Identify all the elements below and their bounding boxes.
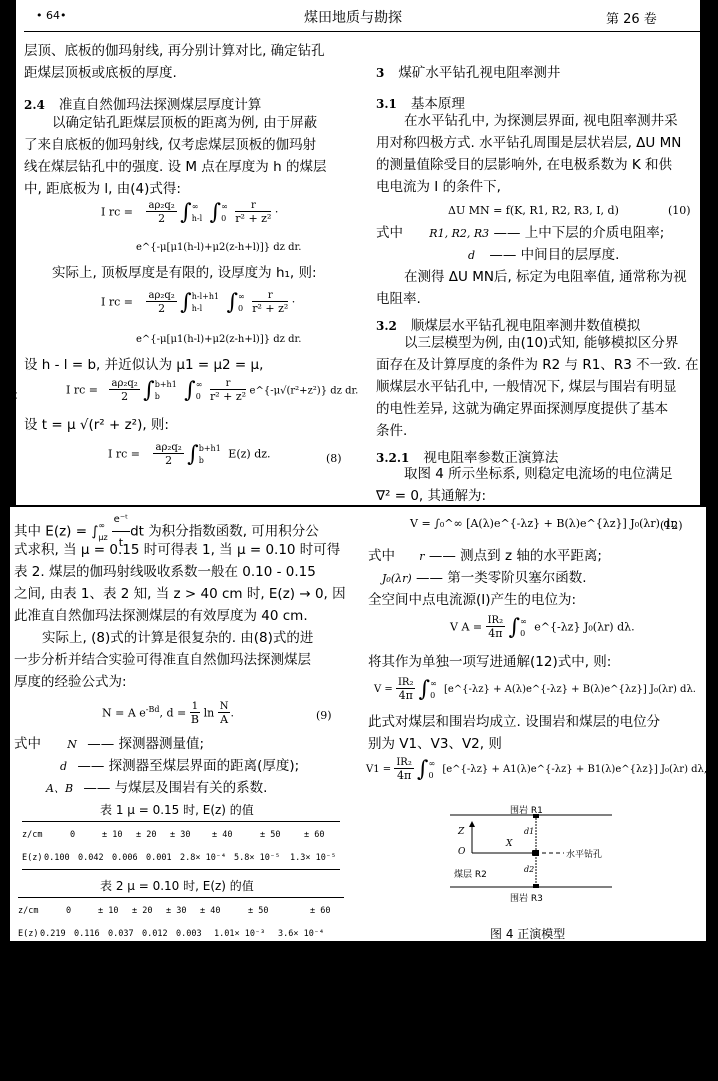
table-2-top-rule	[18, 897, 344, 898]
equation-number-12: (12)	[660, 519, 683, 532]
eq-den: 2	[146, 212, 176, 225]
definition-J0: J₀(λr) —— 第一类零阶贝塞尔函数.	[382, 567, 587, 590]
eq-num: IR₂	[486, 615, 506, 627]
table-cell: 0.012	[142, 929, 168, 939]
text-line: 在测得 ΔU MN后, 标定为电阻率值, 通常称为视	[376, 266, 687, 288]
page-bottom-panel: 其中 E(z) = ∫∞μze⁻ᵗtdt 为积分指数函数, 可用积分公 式求积,…	[10, 507, 706, 941]
text-line: 别为 V1、V3、V2, 则	[368, 733, 660, 755]
figure-label-bottom-rock: 围岩 R3	[510, 891, 543, 904]
eq-num: aρ₂q₂	[146, 200, 176, 212]
left-para-2: 以确定钻孔距煤层顶板的距离为例, 由于屏蔽 了来自底板的伽玛射线, 仅考虑煤层顶…	[24, 112, 326, 200]
eq-body: [e^{-λz} + A(λ)e^{-λz} + B(λ)e^{λz}] J₀(…	[444, 684, 696, 695]
table-header-cell: ± 10	[98, 906, 118, 916]
eq-num: aρ₂q₂	[109, 378, 139, 390]
definition-AB: A、B —— 与煤层及围岩有关的系数.	[46, 777, 267, 800]
text-line: 在水平钻孔中, 为探测层界面, 视电阻率测井采	[376, 110, 681, 132]
eq-num: IR₂	[394, 757, 414, 769]
text: 其中 E(z) = ∫	[14, 524, 98, 540]
table-1-top-rule	[22, 821, 340, 822]
equation-a: I rc = aρ₂q₂2 ∫∞h-l ∫∞0 rr² + z² ·	[101, 200, 278, 225]
table-1: z/cm 0 ± 10 ± 20 ± 30 ± 40 ± 50 ± 60 E(z…	[22, 827, 342, 867]
left-para-1: 层顶、底板的伽玛射线, 再分别计算对比, 确定钻孔 距煤层顶板或底板的厚度.	[24, 40, 325, 84]
figure-label-coal: 煤层 R2	[454, 867, 487, 880]
eq-num: IR₂	[396, 677, 416, 689]
left-para-4: 设 h - l = b, 并近似认为 μ1 = μ2 = μ,	[24, 354, 263, 376]
table-cell: 0.219	[40, 929, 66, 939]
lower-limit: b	[155, 391, 177, 403]
eq-den: 4π	[396, 689, 416, 702]
def-symbol: N	[67, 738, 77, 751]
eq-den: 4π	[486, 627, 506, 640]
equation-b: I rc = aρ₂q₂2 ∫h-l+h1h-l ∫∞0 rr² + z² ·	[101, 290, 295, 315]
eq-num: N	[218, 701, 231, 713]
eq-den: r² + z²	[235, 212, 271, 225]
table-header-cell: ± 40	[212, 830, 232, 840]
section-number: 3.2	[376, 319, 397, 333]
text-line: 线在煤层钻孔中的强度. 设 M 点在厚度为 h 的煤层	[24, 156, 326, 178]
text-line: 一步分析并结合实验可得准直自然伽玛法探测煤层	[14, 649, 313, 671]
right-bottom-para-3: 此式对煤层和围岩均成立. 设围岩和煤层的电位分 别为 V1、V3、V2, 则	[368, 711, 660, 755]
eq-body: e^{-λz} J₀(λr) dλ.	[534, 621, 634, 634]
lower-limit: 0	[221, 213, 228, 225]
eq-num: r	[235, 200, 271, 212]
figure-origin: O	[458, 847, 465, 857]
where-label: 式中	[14, 736, 41, 752]
figure-label-borehole: 水平钻孔	[566, 847, 602, 860]
figure-d1: d1	[524, 827, 534, 836]
text-line: 顺煤层水平钻孔中, 一般情况下, 煤层与围岩有明显	[376, 376, 699, 398]
def-symbol: d	[468, 249, 475, 262]
where-label: 式中	[368, 548, 395, 564]
eq-lhs: V =	[374, 684, 393, 695]
table-cell: E(z)	[22, 853, 42, 863]
where-label: 式中	[376, 225, 403, 241]
right-para-3: 以三层模型为例, 由(10)式知, 能够模拟区分界 面存在及计算厚度的条件为 R…	[376, 332, 699, 442]
def-text: —— 探测器至煤层界面的距离(厚度);	[77, 758, 299, 774]
equation-c: I rc = aρ₂q₂2 ∫b+h1b ∫∞0 rr² + z² e^{-μ√…	[66, 378, 358, 403]
upper-limit: ∞	[98, 520, 107, 532]
section-number: 3.1	[376, 97, 397, 111]
table-1-bottom-rule	[22, 869, 340, 870]
eq-num: aρ₂q₂	[153, 442, 183, 454]
eq-den: r² + z²	[210, 390, 246, 403]
section-number: 3	[376, 66, 384, 80]
eq-body: [e^{-λz} + A1(λ)e^{-λz} + B1(λ)e^{λz}] J…	[442, 764, 707, 775]
eq-num: r	[252, 290, 288, 302]
lower-limit: h-l	[192, 213, 202, 225]
left-para-6: 设 t = μ √(r² + z²), 则:	[24, 414, 169, 436]
eq-body: E(z) dz.	[228, 448, 270, 461]
eq-exponent: e^{-μ√(r²+z²)} dz dr.	[250, 386, 359, 397]
table-header-cell: z/cm	[22, 830, 42, 840]
text-line: 实际上, (8)式的计算是很复杂的. 由(8)式的进	[14, 627, 313, 649]
equation-number-10: (10)	[668, 204, 691, 217]
eq-exponent: -Bd	[146, 705, 160, 714]
eq-lhs: V A =	[450, 621, 482, 634]
section-number: 2.4	[24, 98, 45, 112]
upper-limit: ∞	[221, 201, 228, 213]
table-header-cell: z/cm	[18, 906, 38, 916]
table-cell: 0.100	[44, 853, 70, 863]
def-symbol: d	[60, 760, 67, 773]
section-title: 准直自然伽玛法探测煤层厚度计算	[59, 97, 262, 113]
eq-text: ln	[204, 707, 215, 720]
table-cell: 0.116	[74, 929, 100, 939]
table-header-cell: ± 60	[304, 830, 324, 840]
table-header-cell: ± 50	[248, 906, 268, 916]
eq-den: 2	[109, 390, 139, 403]
text-line: 面存在及计算厚度的条件为 R2 与 R1、R3 不一致. 在	[376, 354, 699, 376]
eq-num: e⁻ᵗ	[112, 509, 130, 532]
def-text: —— 与煤层及围岩有关的系数.	[83, 780, 267, 796]
text-line: 电阻率.	[376, 288, 687, 310]
right-para-4: 取图 4 所示坐标系, 则稳定电流场的电位满足 ∇² = 0, 其通解为:	[376, 463, 673, 507]
section-heading-3-1: 3.1基本原理	[376, 92, 465, 112]
text-line: 的电性差异, 这就为确定界面探测厚度提供了基本	[376, 398, 699, 420]
text-line: 用对称四极方式. 水平钻孔周围是层状岩层, ΔU MN	[376, 132, 681, 154]
left-bottom-para-2: 实际上, (8)式的计算是很复杂的. 由(8)式的进 一步分析并结合实验可得准直…	[14, 627, 313, 693]
lower-limit: 0	[238, 303, 245, 315]
def-text: —— 中间目的层厚度.	[489, 247, 619, 263]
equation-a-exponent: e^{-μ[μ1(h-l)+μ2(z-h+l)]} dz dr.	[136, 242, 301, 253]
table-2: z/cm 0 ± 10 ± 20 ± 30 ± 40 ± 50 ± 60 E(z…	[18, 903, 344, 943]
figure-d2: d2	[524, 865, 534, 874]
table-cell: 1.01× 10⁻³	[214, 929, 265, 939]
equation-b-exponent: e^{-μ[μ1(h-l)+μ2(z-h+l)]} dz dr.	[136, 334, 301, 345]
page-top-panel: • 64• 煤田地质与勘探 第 26 卷 层顶、底板的伽玛射线, 再分别计算对比…	[16, 0, 700, 505]
lower-limit: b	[199, 455, 221, 467]
table-header-cell: ± 20	[136, 830, 156, 840]
right-bottom-para-1: 全空间中点电流源(I)产生的电位为:	[368, 589, 576, 611]
equation-v1: V1 = IR₂4π ∫∞0 [e^{-λz} + A1(λ)e^{-λz} +…	[366, 757, 707, 782]
table-cell: 0.001	[146, 853, 172, 863]
then-label: 则:	[0, 384, 18, 406]
volume-label: 第 26 卷	[606, 8, 657, 27]
def-symbol: A、B	[46, 782, 73, 795]
table-header-cell: 0	[70, 830, 75, 840]
table-cell: 0.037	[108, 929, 134, 939]
right-para-1: 在水平钻孔中, 为探测层界面, 视电阻率测井采 用对称四极方式. 水平钻孔周围是…	[376, 110, 681, 198]
figure-axis-x: X	[506, 839, 512, 849]
section-heading-3-2: 3.2顺煤层水平钻孔视电阻率测井数值模拟	[376, 314, 640, 334]
def-symbol: r	[419, 550, 424, 563]
eq-lhs: I rc =	[101, 206, 133, 219]
text-line: 取图 4 所示坐标系, 则稳定电流场的电位满足	[376, 463, 673, 485]
eq-den: 2	[146, 302, 176, 315]
eq-lhs: I rc =	[101, 296, 133, 309]
upper-limit: b+h1	[199, 443, 221, 455]
table-cell: 0.003	[176, 929, 202, 939]
eq-lhs: I rc =	[66, 384, 98, 397]
equation-number-8: (8)	[326, 452, 342, 465]
def-text: —— 上中下层的介质电阻率;	[493, 225, 664, 241]
eq-den: r² + z²	[252, 302, 288, 315]
table-header-cell: ± 30	[170, 830, 190, 840]
text-line: 表 2. 煤层的伽玛射线吸收系数一般在 0.10 - 0.15	[14, 561, 346, 583]
table-header-cell: ± 50	[260, 830, 280, 840]
text-line: 层顶、底板的伽玛射线, 再分别计算对比, 确定钻孔	[24, 40, 325, 62]
def-symbol: J₀(λr)	[382, 572, 412, 585]
eq-lhs: V1 =	[366, 764, 391, 775]
section-title: 煤矿水平钻孔视电阻率测井	[398, 65, 560, 81]
text-line: 距煤层顶板或底板的厚度.	[24, 62, 325, 84]
eq-den: B	[190, 713, 200, 726]
equation-9: N = A e-Bd, d = 1B ln NA.	[102, 701, 234, 726]
table-2-caption: 表 2 μ = 0.10 时, E(z) 的值	[100, 877, 254, 894]
text-line: 电电流为 I 的条件下,	[376, 176, 681, 198]
figure-4-diagram: 围岩 R1 Z X O d1 d2 水平钻孔 煤层 R2 围岩 R3	[450, 803, 630, 913]
section-heading-3: 3煤矿水平钻孔视电阻率测井	[376, 61, 560, 81]
figure-label-top-rock: 围岩 R1	[510, 803, 543, 816]
lower-limit: h-l	[192, 303, 219, 315]
table-1-caption: 表 1 μ = 0.15 时, E(z) 的值	[100, 801, 254, 818]
left-bottom-para-1: 式求积, 当 μ = 0.15 时可得表 1, 当 μ = 0.10 时可得 表…	[14, 539, 346, 627]
table-header-cell: ± 10	[102, 830, 122, 840]
eq-den: 4π	[394, 769, 414, 782]
table-header-cell: ± 30	[166, 906, 186, 916]
text-line: 此式对煤层和围岩均成立. 设围岩和煤层的电位分	[368, 711, 660, 733]
text-line: 厚度的经验公式为:	[14, 671, 313, 693]
eq-text: N = A e	[102, 707, 146, 720]
equation-number-9: (9)	[316, 709, 332, 722]
eq-lhs: I rc =	[108, 448, 140, 461]
eq-text: , d =	[160, 707, 187, 720]
text-line: 中, 距底板为 l, 由(4)式得:	[24, 178, 326, 200]
table-cell: 2.8× 10⁻⁴	[180, 853, 226, 863]
table-cell: 0.006	[112, 853, 138, 863]
definition-list-10: 式中 R1, R2, R3 —— 上中下层的介质电阻率;	[376, 222, 664, 245]
table-header-cell: 0	[66, 906, 71, 916]
text-line: 此准直自然伽玛法探测煤层的有效厚度为 40 cm.	[14, 605, 346, 627]
text-line: 以三层模型为例, 由(10)式知, 能够模拟区分界	[376, 332, 699, 354]
lower-limit: 0	[196, 391, 203, 403]
eq-num: r	[210, 378, 246, 390]
def-symbol: R1, R2, R3	[429, 227, 489, 240]
right-bottom-para-2: 将其作为单独一项写进通解(12)式中, 则:	[368, 651, 611, 673]
def-text: —— 第一类零阶贝塞尔函数.	[416, 570, 587, 586]
table-cell: 1.3× 10⁻⁵	[290, 853, 336, 863]
text-line: 式求积, 当 μ = 0.15 时可得表 1, 当 μ = 0.10 时可得	[14, 539, 346, 561]
table-cell: 0.042	[78, 853, 104, 863]
upper-limit: ∞	[238, 291, 245, 303]
equation-12: V = ∫₀^∞ [A(λ)e^{-λz} + B(λ)e^{λz}] J₀(λ…	[410, 517, 678, 530]
eq-num: aρ₂q₂	[146, 290, 176, 302]
definition-d: d —— 中间目的层厚度.	[468, 244, 619, 267]
page-number: • 64•	[36, 9, 66, 22]
upper-limit: h-l+h1	[192, 291, 219, 303]
journal-title: 煤田地质与勘探	[304, 7, 402, 27]
definition-N: 式中 N —— 探测器测量值;	[14, 733, 204, 756]
text-line: 之间, 由表 1、表 2 知, 当 z > 40 cm 时, E(z) → 0,…	[14, 583, 346, 605]
figure-axis-z: Z	[458, 827, 464, 837]
upper-limit: ∞	[192, 201, 202, 213]
text-line: 条件.	[376, 420, 699, 442]
table-header-cell: ± 60	[310, 906, 330, 916]
equation-10: ΔU MN = f(K, R1, R2, R3, I, d)	[448, 204, 619, 217]
equation-8: I rc = aρ₂q₂2 ∫b+h1b E(z) dz.	[108, 442, 271, 467]
table-header-cell: ± 20	[132, 906, 152, 916]
upper-limit: b+h1	[155, 379, 177, 391]
table-cell: 3.6× 10⁻⁴	[278, 929, 324, 939]
header-rule	[24, 31, 700, 32]
table-header-cell: ± 40	[200, 906, 220, 916]
figure-4-caption: 图 4 正演模型	[490, 925, 565, 942]
equation-va: V A = IR₂4π ∫∞0 e^{-λz} J₀(λr) dλ.	[450, 615, 635, 640]
definition-d: d —— 探测器至煤层界面的距离(厚度);	[60, 755, 299, 778]
upper-limit: ∞	[196, 379, 203, 391]
table-cell: 5.8× 10⁻⁵	[234, 853, 280, 863]
table-cell: E(z)	[18, 929, 38, 939]
def-text: —— 探测器测量值;	[87, 736, 204, 752]
section-heading-2-4: 2.4准直自然伽玛法探测煤层厚度计算	[24, 93, 261, 113]
eq-den: 2	[153, 454, 183, 467]
definition-r: 式中 r —— 测点到 z 轴的水平距离;	[368, 545, 602, 568]
text-line: 的测量值除受目的层影响外, 在电极系数为 K 和供	[376, 154, 681, 176]
eq-num: 1	[190, 701, 200, 713]
text-line: ∇² = 0, 其通解为:	[376, 485, 673, 507]
equation-v: V = IR₂4π ∫∞0 [e^{-λz} + A(λ)e^{-λz} + B…	[374, 677, 696, 702]
text-line: 了来自底板的伽玛射线, 仅考虑煤层顶板的伽玛射	[24, 134, 326, 156]
text-line: 以确定钻孔距煤层顶板的距离为例, 由于屏蔽	[24, 112, 326, 134]
right-para-2: 在测得 ΔU MN后, 标定为电阻率值, 通常称为视 电阻率.	[376, 266, 687, 310]
text: dt 为积分指数函数, 可用积分公	[130, 524, 319, 540]
left-para-3: 实际上, 顶板厚度是有限的, 设厚度为 h₁, 则:	[52, 262, 317, 284]
def-text: —— 测点到 z 轴的水平距离;	[429, 548, 602, 564]
eq-den: A	[218, 713, 231, 726]
